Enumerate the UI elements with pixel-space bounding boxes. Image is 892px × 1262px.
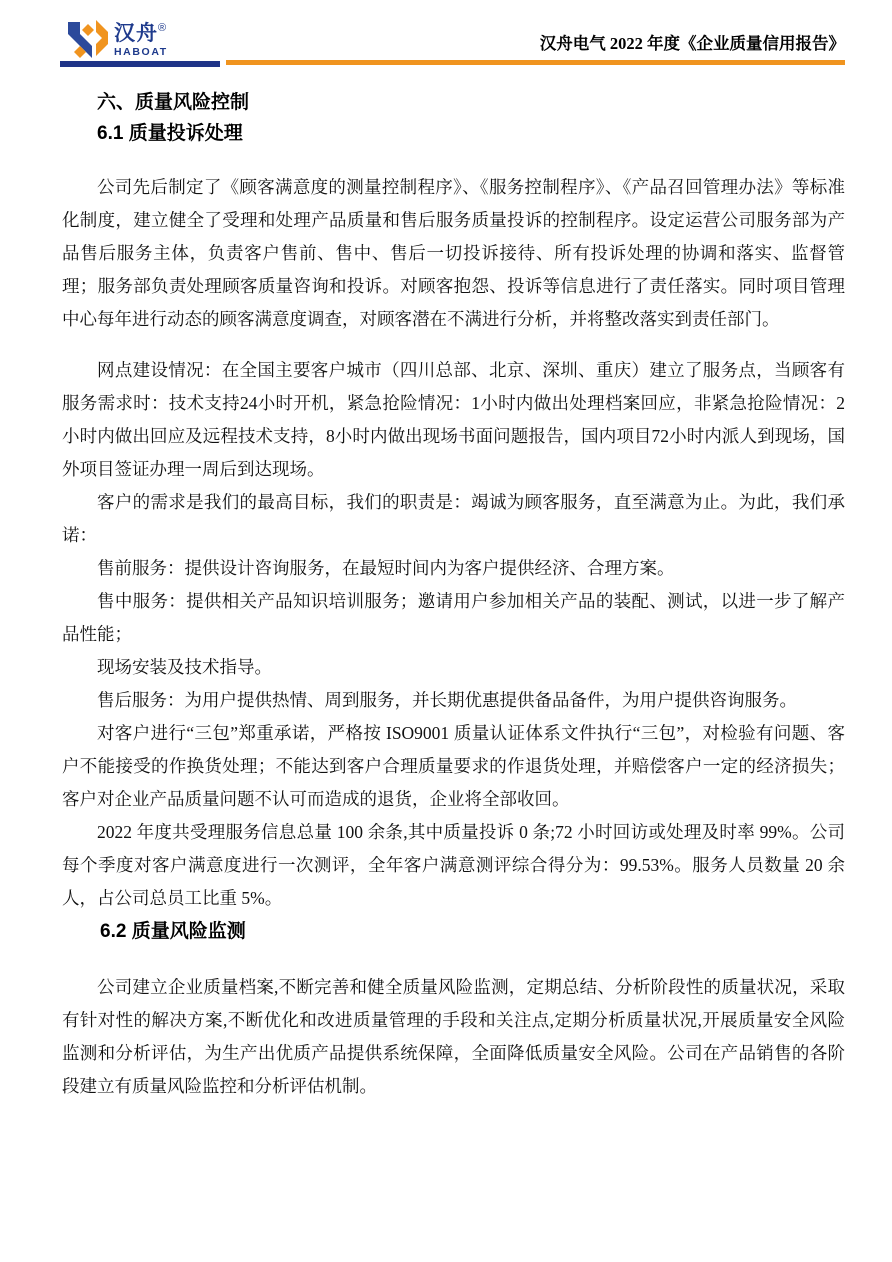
paragraph-service-network: 网点建设情况：在全国主要客户城市（四川总部、北京、深圳、重庆）建立了服务点，当顾… xyxy=(62,354,845,486)
brand-text: 汉舟® HABOAT xyxy=(114,18,168,58)
subsection-heading-risk-monitoring: 6.2 质量风险监测 xyxy=(62,919,845,945)
paragraph-three-guarantees: 对客户进行“三包”郑重承诺，严格按 ISO9001 质量认证体系文件执行“三包”… xyxy=(62,717,845,816)
brand-logo: 汉舟® HABOAT xyxy=(66,18,168,60)
brand-name: 汉舟® xyxy=(114,23,168,44)
section-heading-risk-control: 六、质量风险控制 xyxy=(62,90,845,116)
haboat-logo-icon xyxy=(66,18,110,60)
page-header: 汉舟® HABOAT 汉舟电气 2022 年度《企业质量信用报告》 xyxy=(0,0,892,60)
paragraph-risk-monitoring: 公司建立企业质量档案,不断完善和健全质量风险监测，定期总结、分析阶段性的质量状况… xyxy=(62,971,845,1103)
subsection-heading-complaint-handling: 6.1 质量投诉处理 xyxy=(62,121,845,147)
paragraph-2022-service-stats: 2022 年度共受理服务信息总量 100 余条,其中质量投诉 0 条;72 小时… xyxy=(62,816,845,915)
paragraph-presale-service: 售前服务：提供设计咨询服务，在最短时间内为客户提供经济、合理方案。 xyxy=(62,552,845,585)
header-divider xyxy=(60,60,845,68)
paragraph-complaint-procedures: 公司先后制定了《顾客满意度的测量控制程序》、《服务控制程序》、《产品召回管理办法… xyxy=(62,171,845,336)
registered-mark: ® xyxy=(158,22,167,34)
brand-subtitle: HABOAT xyxy=(114,47,168,58)
paragraph-midsale-service: 售中服务：提供相关产品知识培训服务；邀请用户参加相关产品的装配、测试，以进一步了… xyxy=(62,585,845,651)
report-header-title: 汉舟电气 2022 年度《企业质量信用报告》 xyxy=(540,30,845,60)
paragraph-onsite-install: 现场安装及技术指导。 xyxy=(62,651,845,684)
document-body: 六、质量风险控制 6.1 质量投诉处理 公司先后制定了《顾客满意度的测量控制程序… xyxy=(0,90,892,1103)
paragraph-aftersale-service: 售后服务：为用户提供热情、周到服务，并长期优惠提供备品备件，为用户提供咨询服务。 xyxy=(62,684,845,717)
report-page: 汉舟® HABOAT 汉舟电气 2022 年度《企业质量信用报告》 六、质量风险… xyxy=(0,0,892,1262)
paragraph-customer-commitment: 客户的需求是我们的最高目标，我们的职责是：竭诚为顾客服务，直至满意为止。为此，我… xyxy=(62,486,845,552)
divider-navy-segment xyxy=(60,61,220,67)
divider-orange-segment xyxy=(226,60,845,65)
